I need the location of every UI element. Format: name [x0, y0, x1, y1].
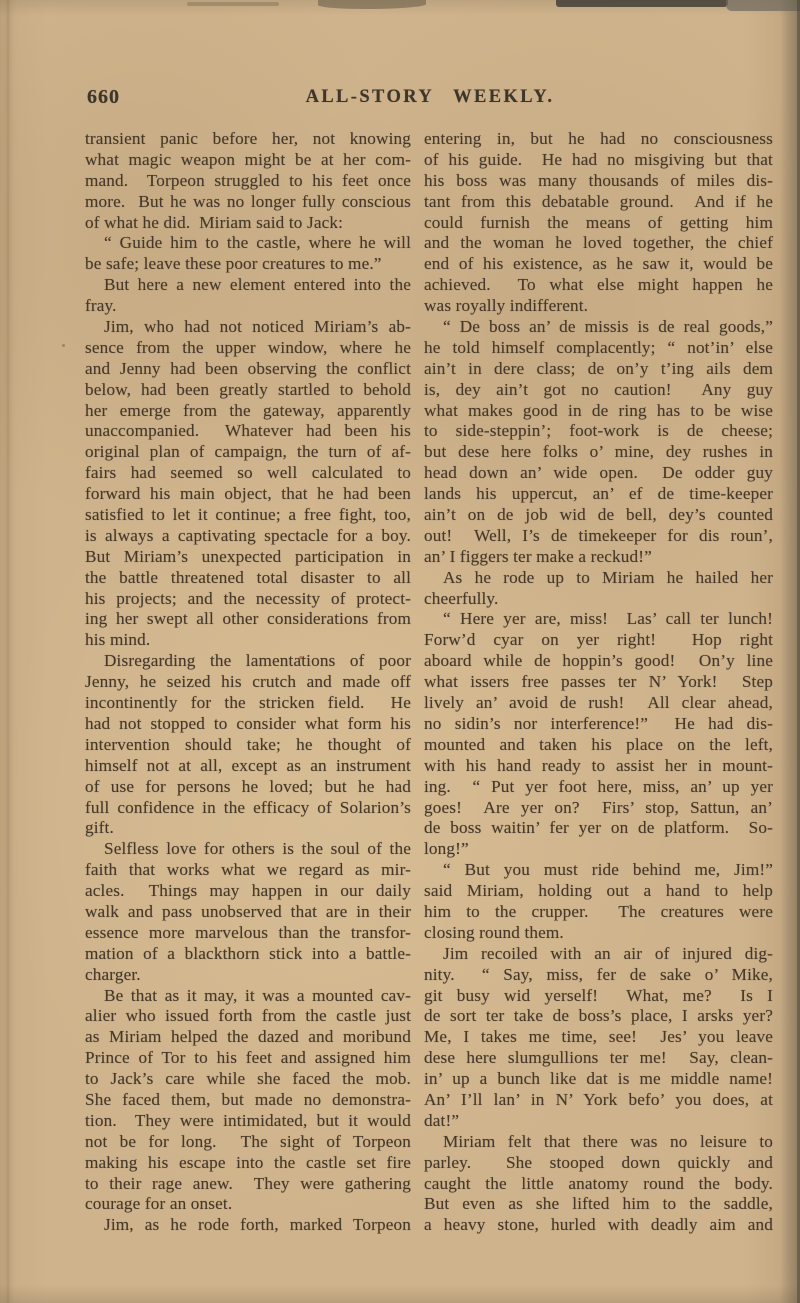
text-line: achieved. To what else might happen he [424, 275, 773, 296]
text-line: tion. They were intimidated, but it woul… [85, 1111, 411, 1132]
text-line: caught the little anatomy round the body… [424, 1174, 773, 1195]
text-line: dese here slumgullions ter me! Say, clea… [424, 1048, 773, 1069]
paragraph: Disregarding the lamentations of poorJen… [85, 651, 411, 839]
text-line: nity. “ Say, miss, fer de sake o’ Mike, [424, 965, 773, 986]
text-line: is, dey ain’t got no caution! Any guy [424, 380, 773, 401]
text-line: Jenny, he seized his crutch and made off [85, 672, 411, 693]
paragraph: “ Guide him to the castle, where he will… [85, 233, 411, 275]
paragraph: “ Here yer are, miss! Las’ call ter lunc… [424, 609, 773, 860]
text-line: git busy wid yerself! What, me? Is I [424, 986, 773, 1007]
text-line: parley. She stooped down quickly and [424, 1153, 773, 1174]
text-line: intervention should take; he thought of [85, 735, 411, 756]
paragraph: Selfless love for others is the soul of … [85, 839, 411, 985]
text-line: below, had been greatly startled to beho… [85, 380, 411, 401]
text-line: lively an’ avoid de rush! All clear ahea… [424, 693, 773, 714]
text-line: Forw’d cyar on yer right! Hop right [424, 630, 773, 651]
text-line: Disregarding the lamentations of poor [85, 651, 411, 672]
paragraph: Jim recoiled with an air of injured dig-… [424, 944, 773, 1132]
page-edge-shadow [780, 0, 800, 1303]
text-line: Jim, who had not noticed Miriam’s ab- [85, 317, 411, 338]
text-line: making his escape into the castle set fi… [85, 1153, 411, 1174]
paragraph: Be that as it may, it was a mounted cav-… [85, 986, 411, 1216]
text-line: entering in, but he had no consciousness [424, 129, 773, 150]
paragraph: Jim, who had not noticed Miriam’s ab-sen… [85, 317, 411, 651]
text-line: ain’t in dere class; de on’y t’ing ails … [424, 359, 773, 380]
paragraph: But here a new element entered into thef… [85, 275, 411, 317]
text-line: a heavy stone, hurled with deadly aim an… [424, 1215, 773, 1236]
text-line: original plan of campaign, the turn of a… [85, 442, 411, 463]
right-text-column: entering in, but he had no consciousness… [424, 129, 773, 1236]
text-line: long!” [424, 839, 773, 860]
paper-speck [62, 344, 65, 347]
text-line: Me, I takes me time, see! Jes’ you leave [424, 1027, 773, 1048]
text-line: essence more marvelous than the transfor… [85, 923, 411, 944]
text-line: mand. Torpeon struggled to his feet once [85, 171, 411, 192]
text-line: goes! Are yer on? Firs’ stop, Sattun, an… [424, 798, 773, 819]
text-line: is always a captivating spectacle for a … [85, 526, 411, 547]
text-line: courage for an onset. [85, 1194, 411, 1215]
paragraph: transient panic before her, not knowingw… [85, 129, 411, 233]
text-line: Jim, as he rode forth, marked Torpeon [85, 1215, 411, 1236]
paragraph: “ But you must ride behind me, Jim!”said… [424, 860, 773, 944]
text-line: sence from the upper window, where he [85, 338, 411, 359]
text-line: lands his uppercut, an’ ef de time-keepe… [424, 484, 773, 505]
text-line: his boss was many thousands of miles dis… [424, 171, 773, 192]
text-line: An’ I’ll lan’ in N’ York befo’ you does,… [424, 1090, 773, 1111]
text-line: as Miriam helped the dazed and moribund [85, 1027, 411, 1048]
paragraph: Miriam felt that there was no leisure to… [424, 1132, 773, 1236]
text-line: alier who issued forth from the castle j… [85, 1006, 411, 1027]
text-line: tant from this debatable ground. And if … [424, 192, 773, 213]
text-line: her emerge from the gateway, apparently [85, 401, 411, 422]
text-line: acles. Things may happen in our daily [85, 881, 411, 902]
text-line: of what he did. Miriam said to Jack: [85, 213, 411, 234]
text-line: ing. “ Put yer foot here, miss, an’ up y… [424, 777, 773, 798]
text-line: and the woman he loved together, the chi… [424, 233, 773, 254]
text-line: charger. [85, 965, 411, 986]
text-line: out! Well, I’s de timekeeper for dis rou… [424, 526, 773, 547]
text-line: his projects; and the necessity of prote… [85, 589, 411, 610]
text-line: She faced them, but made no demonstra- [85, 1090, 411, 1111]
text-line: but dese here folks o’ mine, dey rushes … [424, 442, 773, 463]
text-line: mounted and taken his place on the left, [424, 735, 773, 756]
text-line: Jim recoiled with an air of injured dig- [424, 944, 773, 965]
text-line: what magic weapon might be at her com- [85, 150, 411, 171]
text-line: himself not at all, except as an instrum… [85, 756, 411, 777]
text-line: “ De boss an’ de missis is de real goods… [424, 317, 773, 338]
text-line: to side-steppin’; foot-work is de cheese… [424, 421, 773, 442]
text-line: ing her swept all other considerations f… [85, 609, 411, 630]
text-line: could furnish the means of getting him [424, 213, 773, 234]
text-line: not be for long. The sight of Torpeon [85, 1132, 411, 1153]
text-line: fairs had seemed so well calculated to [85, 463, 411, 484]
scan-edge-artifact [556, 0, 728, 7]
text-line: full confidence in the efficacy of Solar… [85, 798, 411, 819]
text-line: satisfied to let it continue; a free fig… [85, 505, 411, 526]
text-line: walk and pass unobserved that are in the… [85, 902, 411, 923]
running-title: ALL-STORY WEEKLY. [85, 87, 775, 108]
text-line: no sidin’s nor interference!” He had dis… [424, 714, 773, 735]
paragraph: Jim, as he rode forth, marked Torpeon [85, 1215, 411, 1236]
text-line: aboard while de hoppin’s good! On’y line [424, 651, 773, 672]
text-line: But here a new element entered into the [85, 275, 411, 296]
text-line: de sort ter take de boss’s place, I arsk… [424, 1006, 773, 1027]
magazine-page-scan: 660 ALL-STORY WEEKLY. transient panic be… [0, 0, 800, 1303]
text-line: what makes good in de ring has to be wis… [424, 401, 773, 422]
text-line: and Jenny had been observing the conflic… [85, 359, 411, 380]
paragraph: entering in, but he had no consciousness… [424, 129, 773, 317]
text-line: in’ up a bunch like dat is me middle nam… [424, 1069, 773, 1090]
text-line: what issers free passes ter N’ York! Ste… [424, 672, 773, 693]
scan-edge-artifact [187, 2, 279, 6]
text-line: But even as she lifted him to the saddle… [424, 1194, 773, 1215]
text-line: unaccompanied. Whatever had been his [85, 421, 411, 442]
text-line: end of his existence, as he saw it, woul… [424, 254, 773, 275]
text-line: transient panic before her, not knowing [85, 129, 411, 150]
text-line: Selfless love for others is the soul of … [85, 839, 411, 860]
text-line: Be that as it may, it was a mounted cav- [85, 986, 411, 1007]
scan-edge-artifact [318, 0, 426, 9]
text-line: an’ I figgers ter make a reckud!” [424, 547, 773, 568]
text-line: fray. [85, 296, 411, 317]
text-line: ain’t on de job wid de bell, dey’s count… [424, 505, 773, 526]
text-line: incontinently for the stricken field. He [85, 693, 411, 714]
text-line: “ Guide him to the castle, where he will [85, 233, 411, 254]
text-line: closing round them. [424, 923, 773, 944]
text-line: mation of a blackthorn stick into a batt… [85, 944, 411, 965]
text-line: more. But he was no longer fully conscio… [85, 192, 411, 213]
text-line: forward his main object, that he had bee… [85, 484, 411, 505]
text-line: him to the crupper. The creatures were [424, 902, 773, 923]
text-line: of use for persons he loved; but he had [85, 777, 411, 798]
text-line: Prince of Tor to his feet and assigned h… [85, 1048, 411, 1069]
text-line: “ But you must ride behind me, Jim!” [424, 860, 773, 881]
text-line: said Miriam, holding out a hand to help [424, 881, 773, 902]
text-line: the battle threatened total disaster to … [85, 568, 411, 589]
text-line: was royally indifferent. [424, 296, 773, 317]
text-line: faith that works what we regard as mir- [85, 860, 411, 881]
text-line: of his guide. He had no misgiving but th… [424, 150, 773, 171]
text-line: with his hand ready to assist her in mou… [424, 756, 773, 777]
text-line: dat!” [424, 1111, 773, 1132]
text-line: to their rage anew. They were gathering [85, 1174, 411, 1195]
text-line: As he rode up to Miriam he hailed her [424, 568, 773, 589]
text-line: had not stopped to consider what form hi… [85, 714, 411, 735]
text-line: he told himself complacently; “ not’in’ … [424, 338, 773, 359]
paragraph: “ De boss an’ de missis is de real goods… [424, 317, 773, 568]
text-line: But Miriam’s unexpected participation in [85, 547, 411, 568]
text-line: his mind. [85, 630, 411, 651]
scan-edge-artifact [726, 0, 800, 11]
text-line: gift. [85, 818, 411, 839]
paragraph: As he rode up to Miriam he hailed herche… [424, 568, 773, 610]
text-line: head down an’ wide open. De odder guy [424, 463, 773, 484]
left-text-column: transient panic before her, not knowingw… [85, 129, 411, 1236]
text-line: to Jack’s care while she faced the mob. [85, 1069, 411, 1090]
text-line: “ Here yer are, miss! Las’ call ter lunc… [424, 609, 773, 630]
text-line: be safe; leave these poor creatures to m… [85, 254, 411, 275]
text-line: cheerfully. [424, 589, 773, 610]
text-line: de boss waitin’ fer yer on de platform. … [424, 818, 773, 839]
text-line: Miriam felt that there was no leisure to [424, 1132, 773, 1153]
